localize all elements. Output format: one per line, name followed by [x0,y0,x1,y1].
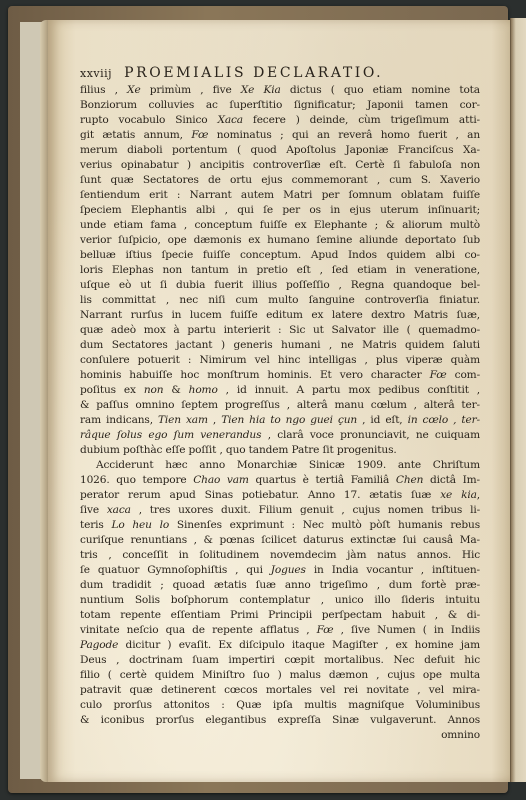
text-run: perator rerum apud Sinas potiebatur. Ann… [80,489,440,501]
text-line: dum Sectatores jactant ) generis humani … [80,338,480,353]
text-run: , id innuit. A partu mox pedibus conſtit… [218,384,480,396]
text-run: & [163,384,188,396]
text-run: totam repente eſſentiam Primi Principii … [80,609,480,621]
italic-term: Pagode [80,639,118,651]
text-run: nuntium Solis boſphorum contemplatur , u… [80,594,480,606]
text-run: quæ adeò mox à partu interierit : Sic ut… [80,324,480,336]
text-run: ſe quatuor Gymnoſophiſtis , qui [80,564,271,576]
text-line: dubium poſthàc eſſe poſſit , quo tandem … [80,443,480,458]
italic-term: Fœ [430,369,447,381]
text-run: dum tradidit ; quoad ætatis ſuæ anno tri… [80,579,480,591]
text-run: dictâ Im- [423,474,480,486]
catchword: omnino [80,728,480,743]
text-run: git ætatis annum, [80,129,191,141]
italic-term: Chao vam [193,474,249,486]
text-run: com- [447,369,480,381]
text-line: curiſque renuntians , & pœnas ſcilicet d… [80,533,480,548]
text-line: filio ( certè quidem Miniſtro ſuo ) malu… [80,668,480,683]
text-run: fecere ) deinde, cùm trigeſimum atti- [243,114,480,126]
italic-term: non [144,384,164,396]
text-line: verior ſuſpicio, ope dæmonis ex humano ſ… [80,233,480,248]
text-run: Deus , doctrinam ſuam impertiri cœpit mo… [80,654,480,666]
text-run: , [208,414,221,426]
text-run: hominis habuiſſe hoc monſtrum hominis. E… [80,369,430,381]
text-line: Acciderunt hæc anno Monarchiæ Sinicæ 190… [80,458,480,473]
text-run: curiſque renuntians , & pœnas ſcilicet d… [80,534,480,546]
text-run: patravit quæ detinerent cœcos mortales v… [80,684,480,696]
italic-term: Tien hia to ngo guei çun [221,414,357,426]
text-run: unde etiam fama , conceptum fuiſſe ex El… [80,219,480,231]
text-line: râque ſolus ego ſum venerandus , clarâ v… [80,428,480,443]
text-line: ſentiendum erit : Narrant autem Matri pe… [80,188,480,203]
text-line: filius , Xe primùm , five Xe Kia dictus … [80,83,480,98]
text-line: 1026. quo tempore Chao vam quartus è ter… [80,473,480,488]
text-line: git ætatis annum, Fœ nominatus ; qui an … [80,128,480,143]
text-run: primùm , five [141,84,241,96]
text-run: dictus ( quo etiam nomine tota [281,84,480,96]
text-line: tris , conceſſit in ſolitudinem novemdec… [80,548,480,563]
text-line: quæ adeò mox à partu interierit : Sic ut… [80,323,480,338]
text-line: loris Elephas non tantum in pretio eſt ,… [80,263,480,278]
text-line: perator rerum apud Sinas potiebatur. Ann… [80,488,480,503]
text-run: ram indicans, [80,414,158,426]
running-title: PROEMIALIS DECLARATIO. [124,66,383,81]
italic-term: xe kia [440,489,477,501]
text-run: Narrant rurſus in lucem fuiſſe editum ex… [80,309,480,321]
text-line: Deus , doctrinam ſuam impertiri cœpit mo… [80,653,480,668]
italic-term: Xe Kia [241,84,281,96]
text-line: culo prorſus attonitos : Quæ ipſa multis… [80,698,480,713]
text-line: hominis habuiſſe hoc monſtrum hominis. E… [80,368,480,383]
text-run: Acciderunt hæc anno Monarchiæ Sinicæ 190… [96,459,480,471]
text-run: lis committat , nec niſi cum multo ſangu… [80,294,480,306]
text-line: dum tradidit ; quoad ætatis ſuæ anno tri… [80,578,480,593]
text-line: uſque eò ut ſi dubia fuerit illius poſſe… [80,278,480,293]
text-run: tris , conceſſit in ſolitudinem novemdec… [80,549,480,561]
italic-term: homo [189,384,218,396]
page-text: xxviij PROEMIALIS DECLARATIO. filius , X… [80,66,480,743]
italic-term: Xaca [217,114,243,126]
text-run: belluæ iſtius ſpecie fuiſſe conceptum. A… [80,249,480,261]
text-run: Bonziorum colluvies ac ſuperſtitio ſigni… [80,99,480,111]
italic-term: Xe [127,84,141,96]
text-line: teris Lo heu lo Sinenſes exprimunt : Nec… [80,518,480,533]
body-text: filius , Xe primùm , five Xe Kia dictus … [80,83,480,728]
folio-number: xxviij [80,66,112,81]
text-run: merum diaboli portentum ( quod Apoſtolus… [80,144,480,156]
text-run: Sinenſes exprimunt : Nec multò pòſt huma… [169,519,480,531]
text-line: & iconibus prorſus elegantibus expreſſa … [80,713,480,728]
text-line: verius opinabatur ) ancipitis controverſ… [80,158,480,173]
text-run: vinitate neſcio qua de repente afflatus … [80,624,317,636]
text-line: ram indicans, Tien xam , Tien hia to ngo… [80,413,480,428]
text-run: conſulere potuerit : Nimirum vel hinc in… [80,354,480,366]
text-run: verior ſuſpicio, ope dæmonis ex humano ſ… [80,234,480,246]
text-line: Narrant rurſus in lucem fuiſſe editum ex… [80,308,480,323]
text-line: ſunt quæ Sectatores de ortu ejus commemo… [80,173,480,188]
text-run: in India vocantur , inſtituen- [306,564,480,576]
text-run: dum Sectatores jactant ) generis humani … [80,339,480,351]
text-line: belluæ iſtius ſpecie fuiſſe conceptum. A… [80,248,480,263]
text-line: merum diaboli portentum ( quod Apoſtolus… [80,143,480,158]
text-run: ſive [80,504,107,516]
text-line: rupto vocabulo Sinico Xaca fecere ) dein… [80,113,480,128]
text-run: poſitus ex [80,384,144,396]
text-run: uſque eò ut ſi dubia fuerit illius poſſe… [80,279,480,291]
italic-term: râque ſolus ego ſum venerandus [80,429,261,441]
text-line: ſpeciem Elephantis albi , qui ſe per os … [80,203,480,218]
italic-term: Fœ [191,129,208,141]
italic-term: xaca [107,504,131,516]
text-run: , [477,489,480,501]
text-run: quartus è tertiâ Familiâ [249,474,396,486]
text-line: lis committat , nec niſi cum multo ſangu… [80,293,480,308]
text-run: filius , [80,84,127,96]
text-run: & iconibus prorſus elegantibus expreſſa … [80,714,480,726]
text-line: ſive xaca , tres uxores duxit. Filium ge… [80,503,480,518]
text-run: loris Elephas non tantum in pretio eſt ,… [80,264,480,276]
text-line: poſitus ex non & homo , id innuit. A par… [80,383,480,398]
running-head: xxviij PROEMIALIS DECLARATIO. [80,66,480,83]
text-run: dicitur ) evaſit. Ex diſcipulo itaque Ma… [118,639,480,651]
italic-term: Jogues [271,564,306,576]
text-run: ſpeciem Elephantis albi , qui ſe per os … [80,204,480,216]
text-line: Pagode dicitur ) evaſit. Ex diſcipulo it… [80,638,480,653]
text-run: , ſive Numen ( in Indiis [334,624,480,636]
text-run: verius opinabatur ) ancipitis controverſ… [80,159,480,171]
text-run: dubium poſthàc eſſe poſſit , quo tandem … [80,444,397,456]
text-run: , clarâ voce pronunciavit, ne cuiquam [261,429,480,441]
italic-term: Tien xam [158,414,208,426]
text-run: filio ( certè quidem Miniſtro ſuo ) malu… [80,669,480,681]
italic-term: in cœlo , ter- [408,414,480,426]
text-line: Bonziorum colluvies ac ſuperſtitio ſigni… [80,98,480,113]
text-line: unde etiam fama , conceptum fuiſſe ex El… [80,218,480,233]
text-run: & paſſus omnino ſeptem progreſſus , alte… [80,399,480,411]
text-run: , tres uxores duxit. Filium genuit , cuj… [131,504,480,516]
text-run: culo prorſus attonitos : Quæ ipſa multis… [80,699,480,711]
text-line: vinitate neſcio qua de repente afflatus … [80,623,480,638]
text-run: rupto vocabulo Sinico [80,114,217,126]
text-line: patravit quæ detinerent cœcos mortales v… [80,683,480,698]
text-run: , id eſt, [357,414,407,426]
next-page-edge [510,18,526,782]
text-run: ſentiendum erit : Narrant autem Matri pe… [80,189,480,201]
italic-term: Fœ [317,624,334,636]
text-run: nominatus ; qui an reverâ homo fuerit , … [208,129,480,141]
text-run: 1026. quo tempore [80,474,193,486]
text-line: nuntium Solis boſphorum contemplatur , u… [80,593,480,608]
text-run: teris [80,519,111,531]
text-line: & paſſus omnino ſeptem progreſſus , alte… [80,398,480,413]
text-line: totam repente eſſentiam Primi Principii … [80,608,480,623]
text-line: ſe quatuor Gymnoſophiſtis , qui Jogues i… [80,563,480,578]
italic-term: Lo heu lo [111,519,169,531]
italic-term: Chen [396,474,423,486]
text-run: ſunt quæ Sectatores de ortu ejus commemo… [80,174,480,186]
text-line: conſulere potuerit : Nimirum vel hinc in… [80,353,480,368]
